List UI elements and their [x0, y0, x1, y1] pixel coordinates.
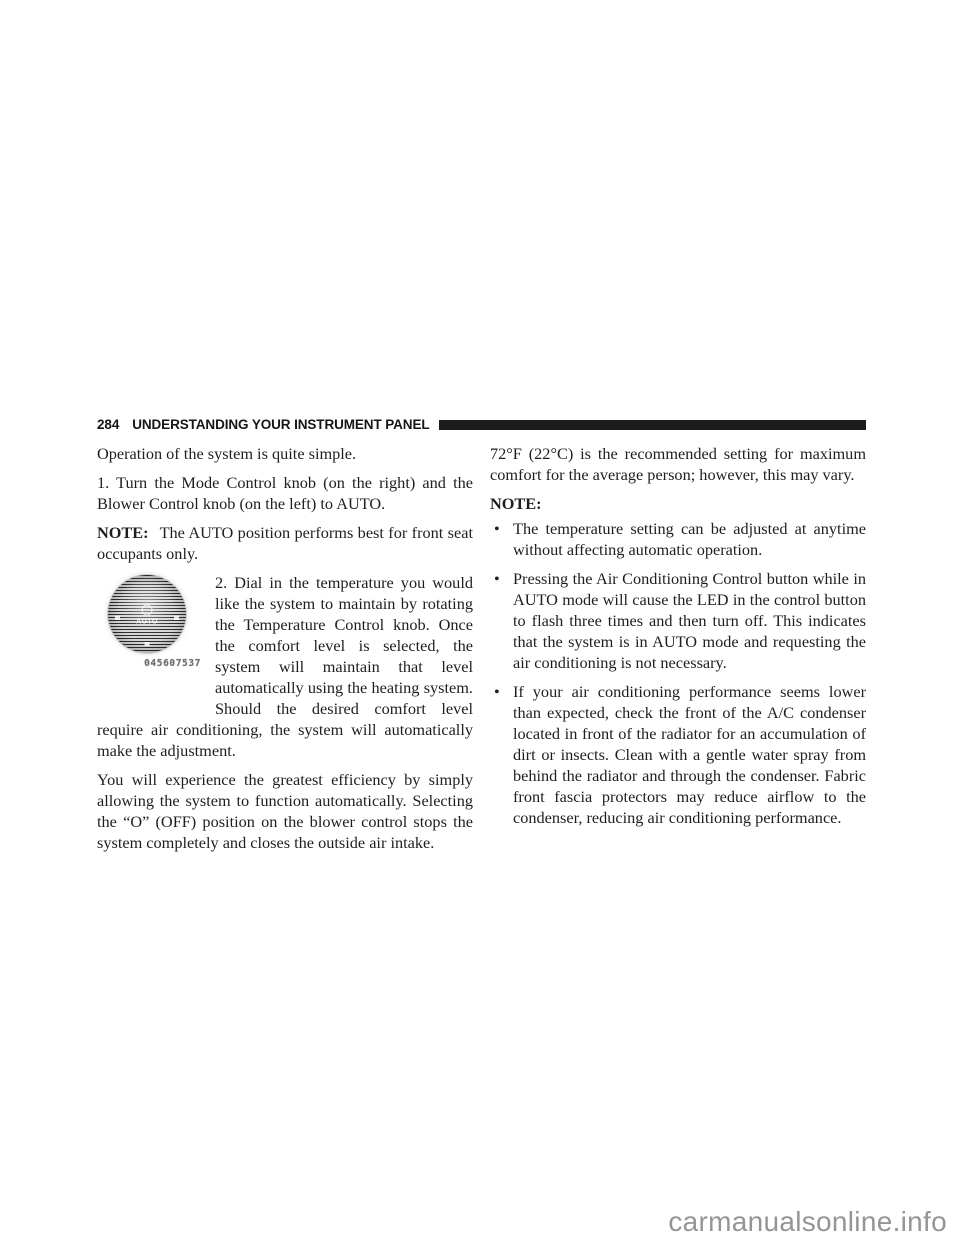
- bullet-item: If your air conditioning performance see…: [490, 681, 866, 828]
- note-bullet-list: The temperature setting can be adjusted …: [490, 518, 866, 828]
- page-header: 284 UNDERSTANDING YOUR INSTRUMENT PANEL: [97, 417, 866, 432]
- manual-page-content: 284 UNDERSTANDING YOUR INSTRUMENT PANEL …: [97, 417, 866, 861]
- left-column: Operation of the system is quite simple.…: [97, 443, 473, 861]
- body-paragraph: You will experience the greatest efficie…: [97, 769, 473, 853]
- knob-marker-bottom: [145, 642, 150, 646]
- figure-text-block: AUTO 045607537 2. Dial in the temperatur…: [97, 572, 473, 853]
- knob-marker-left: [115, 616, 120, 620]
- page-title: UNDERSTANDING YOUR INSTRUMENT PANEL: [132, 417, 429, 432]
- note-label: NOTE:: [97, 523, 149, 542]
- body-paragraph: 1. Turn the Mode Control knob (on the ri…: [97, 472, 473, 514]
- knob-center-ring: [142, 605, 153, 616]
- figure-caption-number: 045607537: [97, 658, 201, 669]
- note-label: NOTE:: [490, 494, 542, 513]
- bullet-item: The temperature setting can be adjusted …: [490, 518, 866, 560]
- note-paragraph: NOTE:The AUTO position performs best for…: [97, 522, 473, 564]
- note-heading: NOTE:: [490, 493, 866, 514]
- knob-auto-label: AUTO: [136, 618, 158, 625]
- temperature-knob-icon: AUTO: [108, 575, 186, 653]
- bullet-item: Pressing the Air Conditioning Control bu…: [490, 568, 866, 673]
- knob-marker-right: [174, 616, 179, 620]
- temperature-control-knob-figure: AUTO 045607537: [97, 575, 201, 669]
- header-rule-bar: [439, 420, 867, 430]
- right-column: 72°F (22°C) is the recommended setting f…: [490, 443, 866, 836]
- page-number: 284: [97, 417, 119, 432]
- body-paragraph: 72°F (22°C) is the recommended setting f…: [490, 443, 866, 485]
- two-column-layout: Operation of the system is quite simple.…: [97, 443, 866, 861]
- watermark: carmanualsonline.info: [668, 1206, 947, 1238]
- body-paragraph: Operation of the system is quite simple.: [97, 443, 473, 464]
- note-text: The AUTO position performs best for fron…: [97, 523, 473, 563]
